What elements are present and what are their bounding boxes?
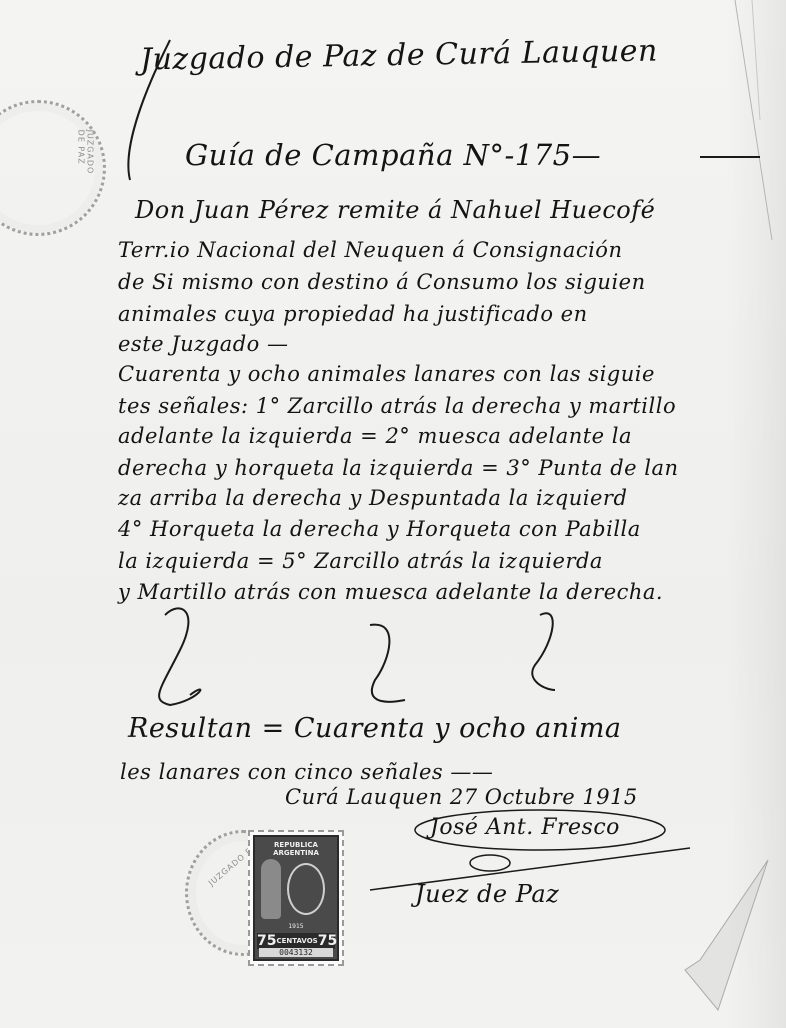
revenue-stamp: REPUBLICA ARGENTINA 1915 75 CENTAVOS 75 … — [248, 830, 344, 966]
stamp-year: 1915 — [255, 923, 337, 930]
summary-line-1: Resultan = Cuarenta y ocho anima — [128, 713, 622, 744]
allegorical-figure-icon — [261, 859, 281, 919]
revenue-stamp-face: REPUBLICA ARGENTINA 1915 75 CENTAVOS 75 … — [253, 835, 339, 961]
signer-title: Juez de Paz — [415, 880, 559, 908]
document-page: JUZGADO DE PAZ JUZGADO DE PAZ Juzgado de… — [0, 0, 786, 1028]
stamp-value-unit: CENTAVOS — [276, 937, 317, 945]
stamp-serial-number: 0043132 — [259, 948, 333, 957]
summary-line-2: les lanares con cinco señales —— — [120, 760, 493, 784]
coat-of-arms-icon — [287, 863, 325, 915]
stamp-value-left: 75 — [257, 933, 276, 949]
stamp-value: 75 CENTAVOS 75 — [257, 933, 335, 949]
stamp-value-right: 75 — [318, 933, 337, 949]
stamp-country: REPUBLICA ARGENTINA — [255, 841, 337, 857]
